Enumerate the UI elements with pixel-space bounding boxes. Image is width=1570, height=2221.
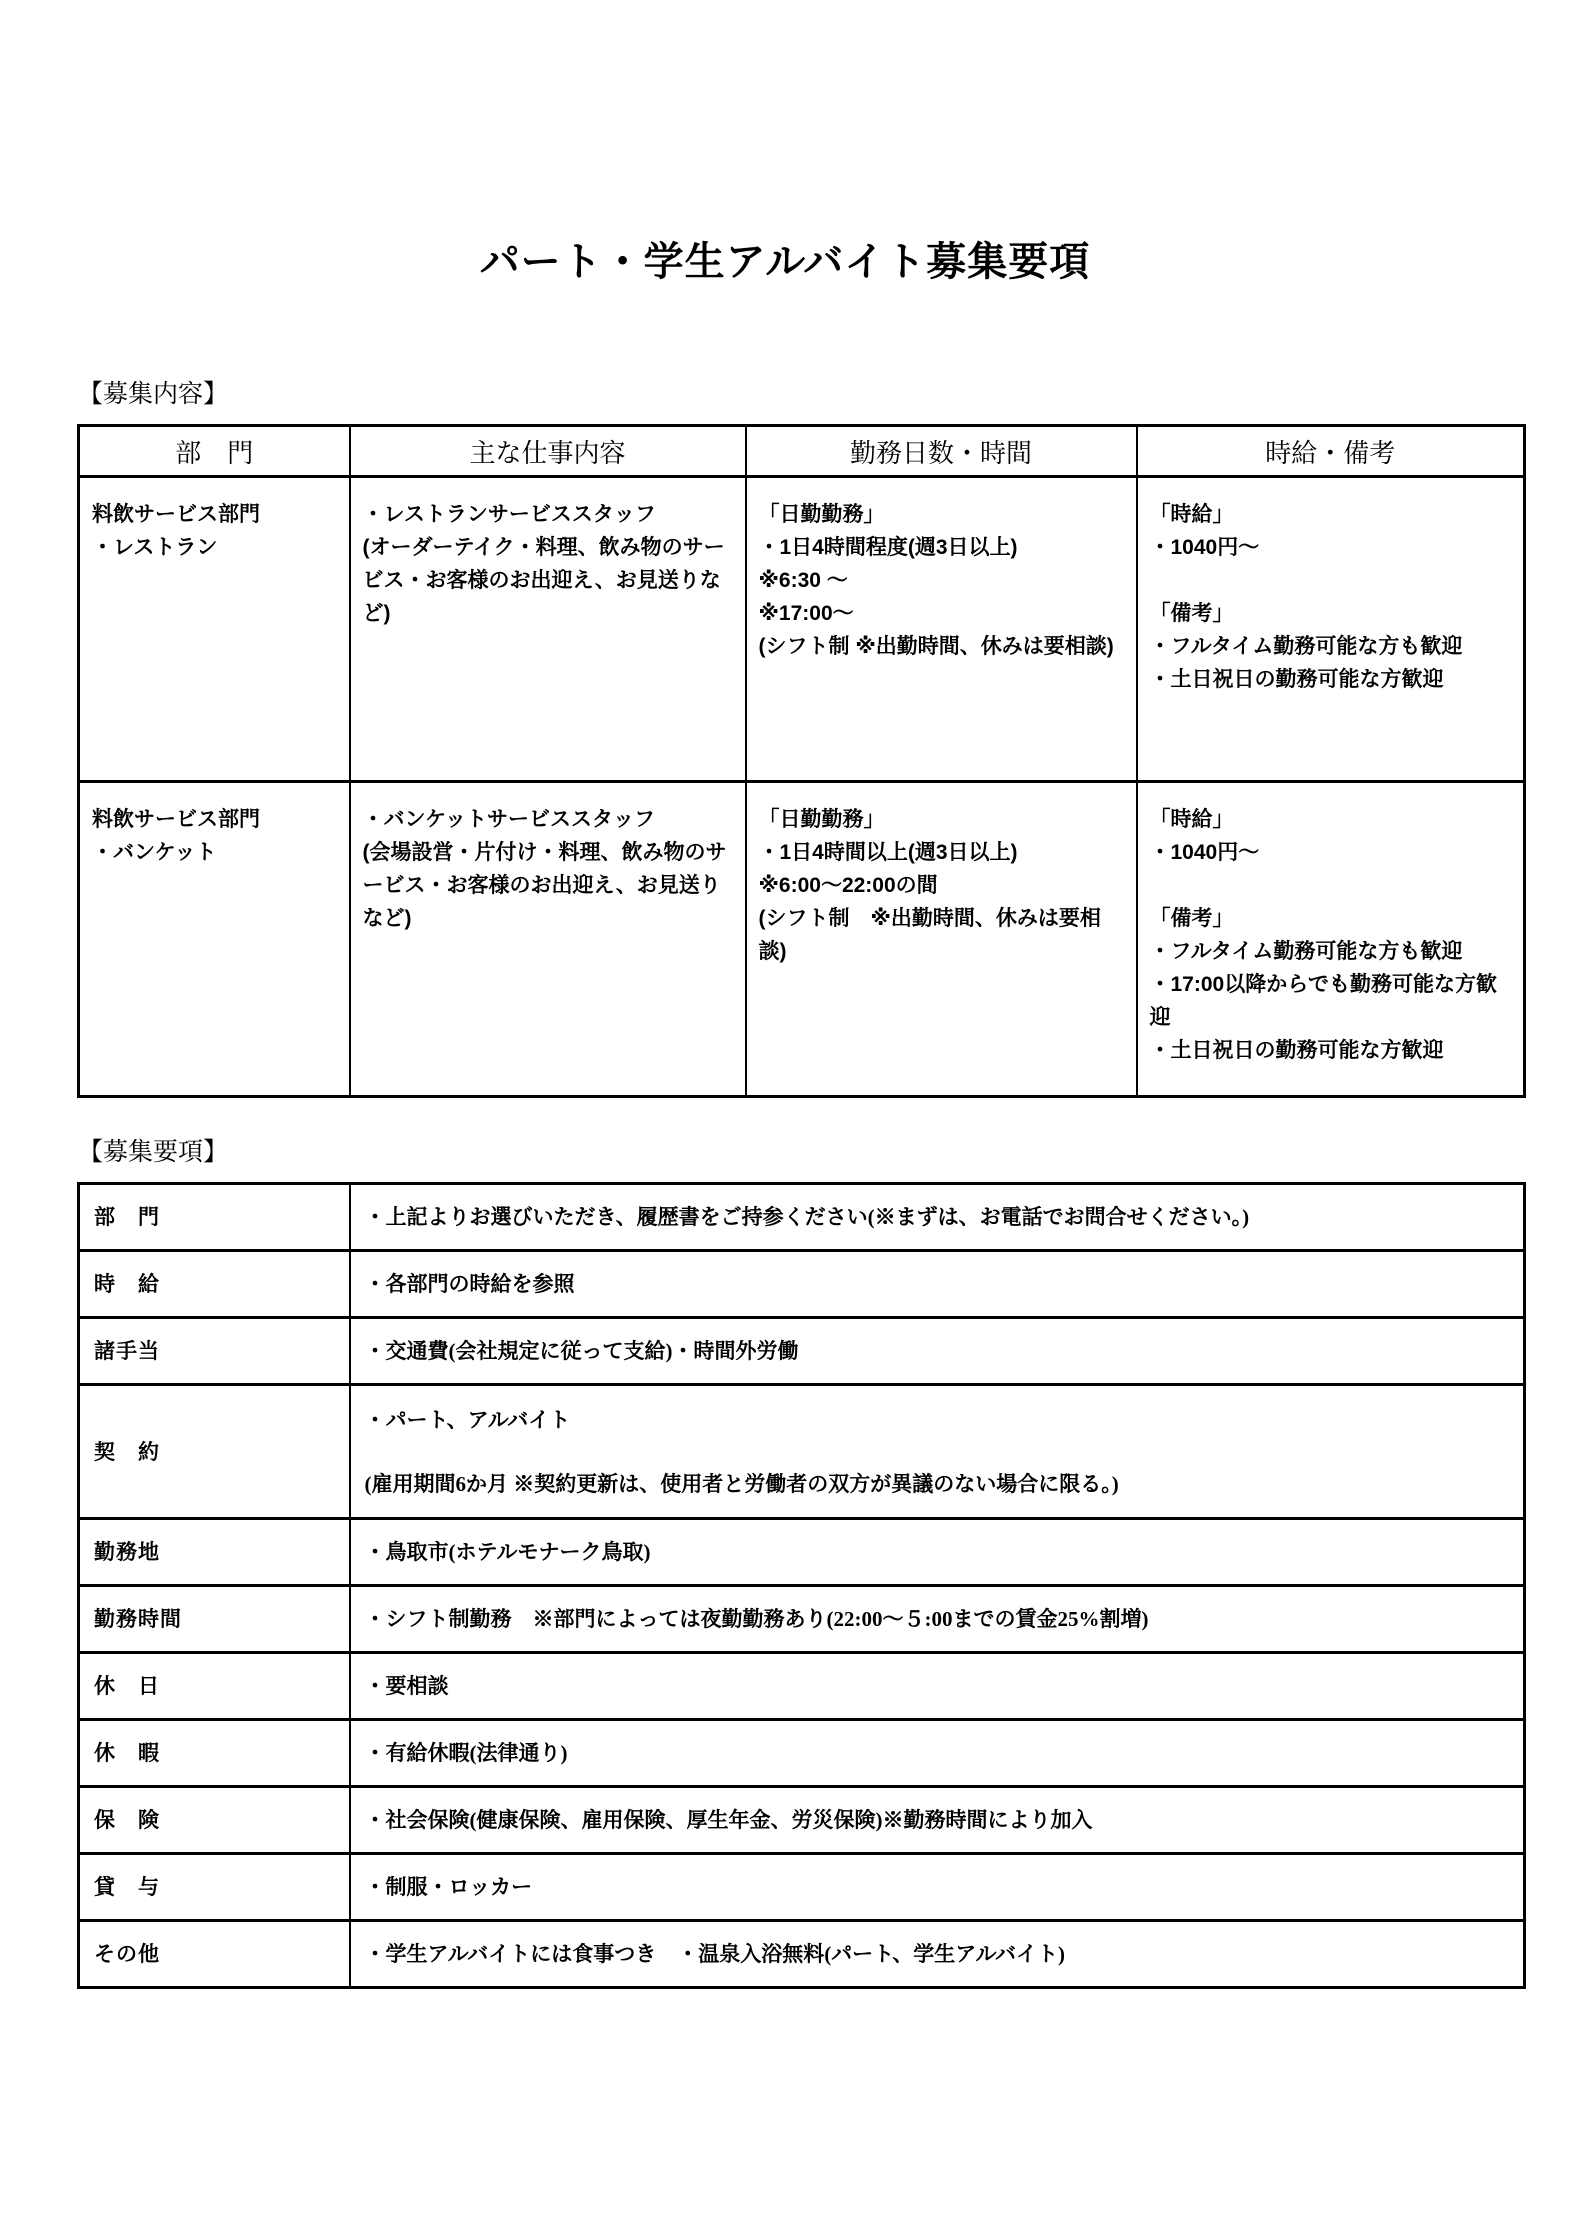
term-label: 保 険: [79, 1787, 350, 1854]
term-label: 契 約: [79, 1385, 350, 1519]
term-value: ・鳥取市(ホテルモナーク鳥取): [350, 1519, 1525, 1586]
table-row-work-location: 勤務地 ・鳥取市(ホテルモナーク鳥取): [79, 1519, 1525, 1586]
document-page: パート・学生アルバイト募集要項 【募集内容】 部 門 主な仕事内容 勤務日数・時…: [0, 0, 1570, 2221]
section-label-recruit-terms: 【募集要項】: [78, 1138, 228, 1168]
table-row-vacation: 休 暇 ・有給休暇(法律通り): [79, 1720, 1525, 1787]
term-value: ・上記よりお選びいただき、履歴書をご持参ください(※まずは、お電話でお問合せくだ…: [350, 1184, 1525, 1251]
term-label: 勤務地: [79, 1519, 350, 1586]
term-value: ・有給休暇(法律通り): [350, 1720, 1525, 1787]
cell-wage: 「時給」 ・1040円～ 「備考」 ・フルタイム勤務可能な方も歓迎 ・17:00…: [1137, 782, 1525, 1097]
term-label: その他: [79, 1921, 350, 1988]
header-cell-department: 部 門: [79, 426, 350, 477]
recruit-content-header-row: 部 門 主な仕事内容 勤務日数・時間 時給・備考: [79, 426, 1525, 477]
table-row-other: その他 ・学生アルバイトには食事つき ・温泉入浴無料(パート、学生アルバイト): [79, 1921, 1525, 1988]
table-row-allowances: 諸手当 ・交通費(会社規定に従って支給)・時間外労働: [79, 1318, 1525, 1385]
term-label: 休 暇: [79, 1720, 350, 1787]
term-label: 部 門: [79, 1184, 350, 1251]
cell-department: 料飲サービス部門 ・バンケット: [79, 782, 350, 1097]
cell-wage: 「時給」 ・1040円～ 「備考」 ・フルタイム勤務可能な方も歓迎 ・土日祝日の…: [1137, 477, 1525, 782]
table-row-banquet: 料飲サービス部門 ・バンケット ・バンケットサービススタッフ (会場設営・片付け…: [79, 782, 1525, 1097]
table-row-work-hours: 勤務時間 ・シフト制勤務 ※部門によっては夜勤勤務あり(22:00～５:00まで…: [79, 1586, 1525, 1653]
header-cell-job: 主な仕事内容: [350, 426, 746, 477]
header-cell-wage: 時給・備考: [1137, 426, 1525, 477]
term-value: ・シフト制勤務 ※部門によっては夜勤勤務あり(22:00～５:00までの賃金25…: [350, 1586, 1525, 1653]
term-value: ・各部門の時給を参照: [350, 1251, 1525, 1318]
term-label: 時 給: [79, 1251, 350, 1318]
term-label: 貸 与: [79, 1854, 350, 1921]
recruit-terms-table: 部 門 ・上記よりお選びいただき、履歴書をご持参ください(※まずは、お電話でお問…: [77, 1182, 1526, 1989]
cell-schedule: 「日勤勤務」 ・1日4時間以上(週3日以上) ※6:00～22:00の間 (シフ…: [746, 782, 1137, 1097]
table-row-department: 部 門 ・上記よりお選びいただき、履歴書をご持参ください(※まずは、お電話でお問…: [79, 1184, 1525, 1251]
cell-department: 料飲サービス部門 ・レストラン: [79, 477, 350, 782]
term-label: 諸手当: [79, 1318, 350, 1385]
header-cell-schedule: 勤務日数・時間: [746, 426, 1137, 477]
section-label-recruit-content: 【募集内容】: [78, 380, 228, 410]
term-value: ・学生アルバイトには食事つき ・温泉入浴無料(パート、学生アルバイト): [350, 1921, 1525, 1988]
table-row-lending: 貸 与 ・制服・ロッカー: [79, 1854, 1525, 1921]
document-title: パート・学生アルバイト募集要項: [0, 240, 1570, 284]
table-row-contract: 契 約 ・パート、アルバイト (雇用期間6か月 ※契約更新は、使用者と労働者の双…: [79, 1385, 1525, 1519]
term-value: ・パート、アルバイト (雇用期間6か月 ※契約更新は、使用者と労働者の双方が異議…: [350, 1385, 1525, 1519]
cell-schedule: 「日勤勤務」 ・1日4時間程度(週3日以上) ※6:30 ～ ※17:00～ (…: [746, 477, 1137, 782]
table-row-hourly-wage: 時 給 ・各部門の時給を参照: [79, 1251, 1525, 1318]
term-label: 休 日: [79, 1653, 350, 1720]
term-value: ・交通費(会社規定に従って支給)・時間外労働: [350, 1318, 1525, 1385]
table-row-restaurant: 料飲サービス部門 ・レストラン ・レストランサービススタッフ (オーダーテイク・…: [79, 477, 1525, 782]
cell-job: ・バンケットサービススタッフ (会場設営・片付け・料理、飲み物のサービス・お客様…: [350, 782, 746, 1097]
term-value: ・制服・ロッカー: [350, 1854, 1525, 1921]
term-label: 勤務時間: [79, 1586, 350, 1653]
term-value: ・要相談: [350, 1653, 1525, 1720]
cell-job: ・レストランサービススタッフ (オーダーテイク・料理、飲み物のサービス・お客様の…: [350, 477, 746, 782]
term-value: ・社会保険(健康保険、雇用保険、厚生年金、労災保険)※勤務時間により加入: [350, 1787, 1525, 1854]
table-row-days-off: 休 日 ・要相談: [79, 1653, 1525, 1720]
recruit-content-table: 部 門 主な仕事内容 勤務日数・時間 時給・備考 料飲サービス部門 ・レストラン…: [77, 424, 1526, 1098]
table-row-insurance: 保 険 ・社会保険(健康保険、雇用保険、厚生年金、労災保険)※勤務時間により加入: [79, 1787, 1525, 1854]
